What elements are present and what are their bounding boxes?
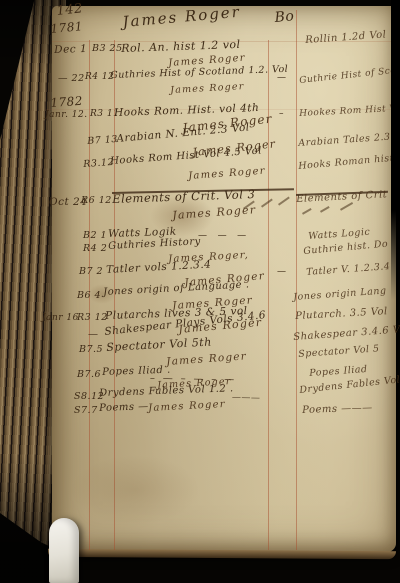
entry-shelfmark: R4 2 bbox=[83, 244, 107, 254]
entry-date: Janr. 12. bbox=[45, 111, 88, 120]
entry-shelfmark: B7 2 bbox=[79, 267, 103, 277]
entry-shelfmark: B7.5 bbox=[79, 345, 103, 355]
entry-dash: — — — bbox=[198, 232, 247, 241]
entry-shelfmark: B6 4 bbox=[77, 291, 101, 301]
entry-shelfmark: S7.7 bbox=[74, 406, 98, 416]
paper-stain bbox=[70, 455, 200, 525]
entry-shelfmark: B7 13 bbox=[87, 135, 118, 147]
entry-date: Dec 1 bbox=[54, 44, 87, 56]
borrower-suffix: Bo bbox=[274, 9, 295, 25]
entry-dash: — bbox=[277, 74, 287, 83]
page-number: 142 bbox=[56, 2, 84, 18]
page-weight bbox=[49, 518, 79, 583]
entry-shelfmark: B7.6 bbox=[77, 370, 101, 380]
entry-dash: ——— bbox=[232, 394, 261, 403]
entry-dash: — bbox=[277, 268, 287, 277]
year-heading: 1781 bbox=[50, 20, 83, 35]
entry-date: — 22 bbox=[58, 74, 85, 84]
year-heading: 1782 bbox=[50, 95, 83, 109]
page-bottom-edge bbox=[48, 549, 396, 559]
ruled-line-vertical bbox=[296, 10, 297, 550]
entry-date: Janr 16 bbox=[42, 314, 79, 323]
entry-shelfmark: B3 25 bbox=[92, 44, 123, 54]
entry-title: Poems — bbox=[99, 402, 149, 414]
entry-dash: – bbox=[279, 110, 284, 119]
entry-shelfmark: — bbox=[88, 330, 99, 340]
entry-shelfmark: B2 1 bbox=[83, 231, 107, 241]
photo-edge-shadow bbox=[391, 0, 400, 300]
entry-shelfmark: R3 12 bbox=[77, 313, 108, 323]
ledger-photo: 142 1781 James Roger Bo Dec 1 B3 25 Rol.… bbox=[0, 0, 400, 583]
entry-shelfmark: R6 12 bbox=[81, 196, 112, 206]
